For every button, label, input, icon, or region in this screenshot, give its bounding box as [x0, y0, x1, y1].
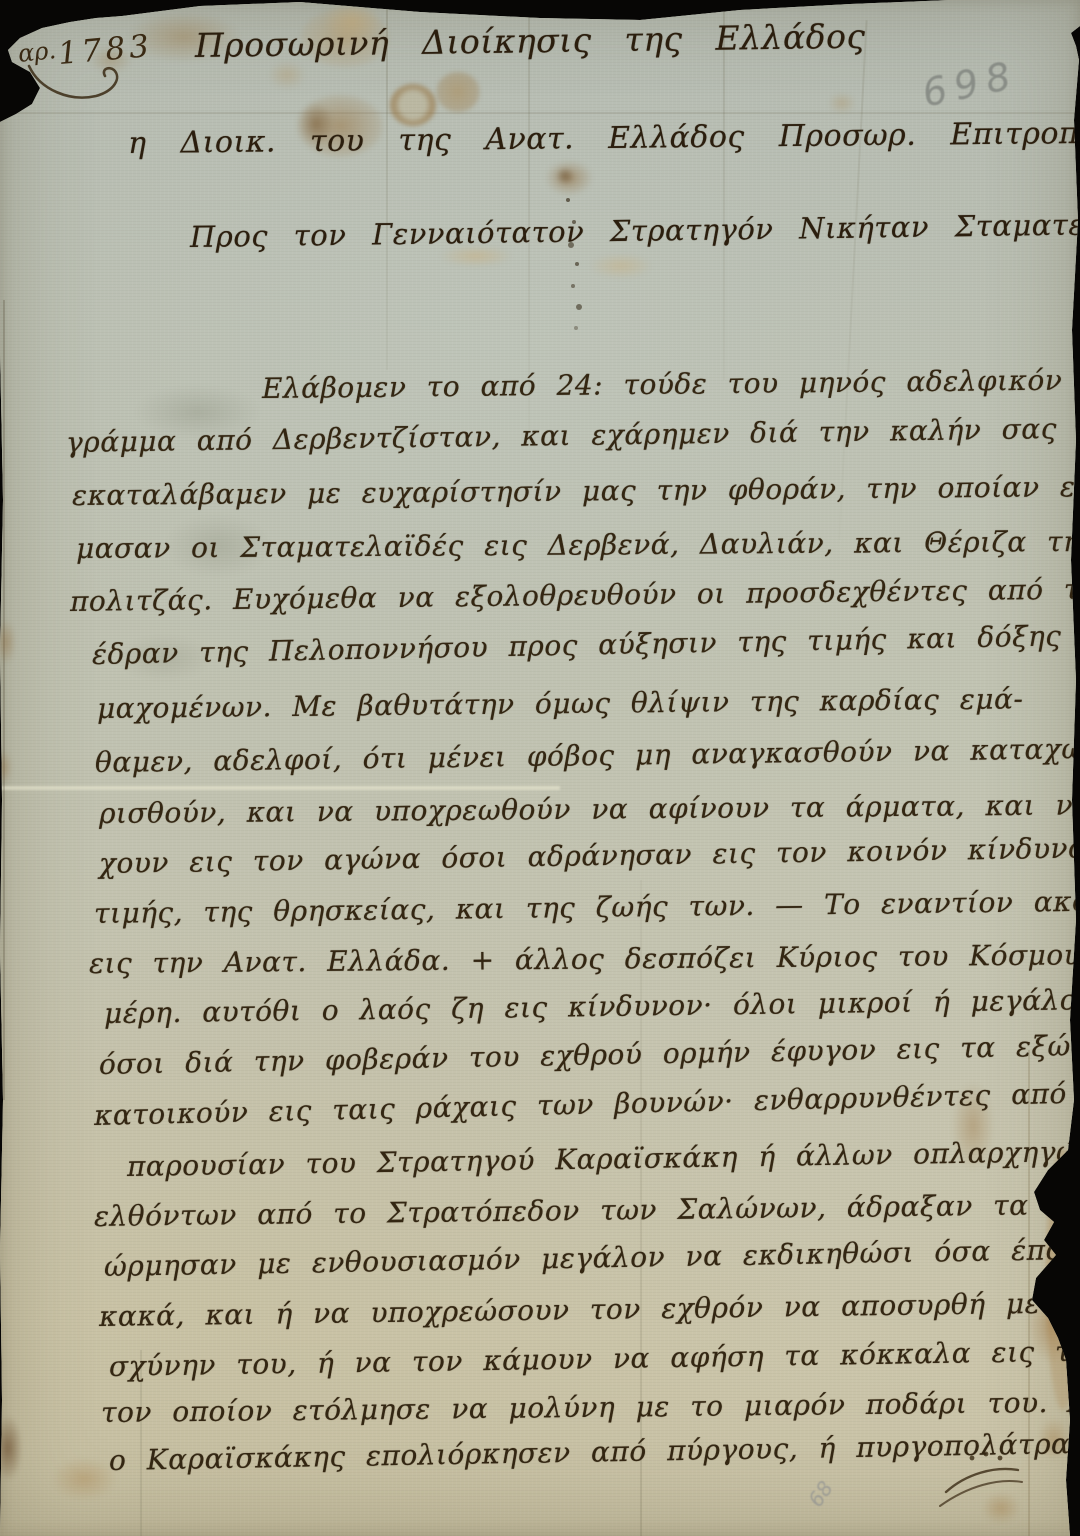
- handwritten-line: μασαν οι Σταματελαϊδές εις Δερβενά, Δαυλ…: [76, 524, 1080, 565]
- ink-speck-trail: [566, 198, 570, 202]
- scanned-letter-photo: αρ. 1783 698 68 Προσωρινή Διοίκησις της …: [0, 0, 1080, 1536]
- ink-flourish: [26, 60, 126, 110]
- letter-page: αρ. 1783 698 68 Προσωρινή Διοίκησις της …: [0, 0, 1080, 1536]
